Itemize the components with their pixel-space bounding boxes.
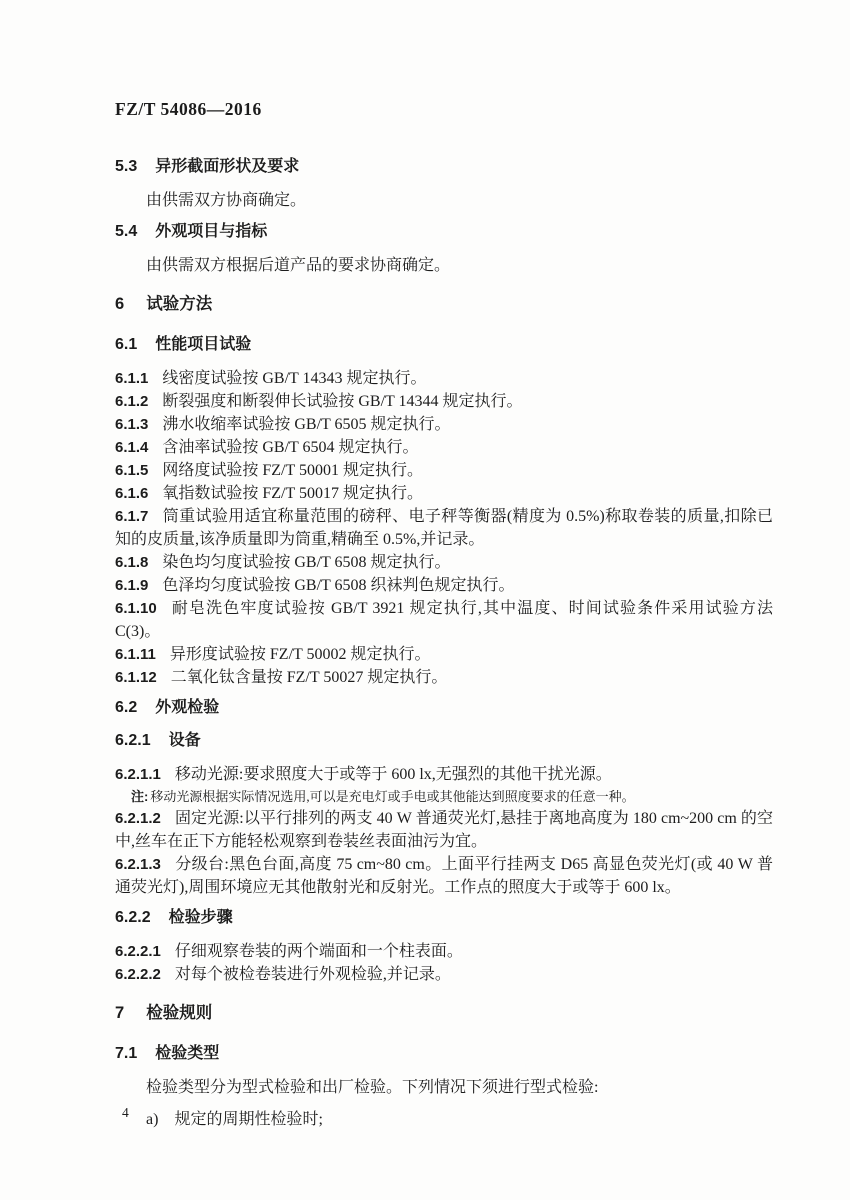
clause-6-2-2-2: 6.2.2.2对每个被检卷装进行外观检验,并记录。 (115, 963, 773, 986)
clause-text: 色泽均匀度试验按 GB/T 6508 织袜判色规定执行。 (162, 577, 514, 594)
paragraph-5-4: 由供需双方根据后道产品的要求协商确定。 (115, 254, 773, 277)
note-text: 移动光源根据实际情况选用,可以是充电灯或手电或其他能达到照度要求的任意一种。 (150, 789, 634, 804)
clause-6-1-11: 6.1.11异形度试验按 FZ/T 50002 规定执行。 (115, 643, 773, 666)
clause-number: 6.2.2.2 (115, 966, 161, 983)
clause-number: 6.1.10 (115, 600, 157, 617)
heading-5-3: 5.3异形截面形状及要求 (115, 156, 773, 178)
clause-text: 分级台:黑色台面,高度 75 cm~80 cm。上面平行挂两支 D65 高显色荧… (115, 856, 773, 896)
clause-6-1-1: 6.1.1线密度试验按 GB/T 14343 规定执行。 (115, 367, 773, 390)
heading-5-4: 5.4外观项目与指标 (115, 221, 773, 243)
clause-number: 6.1.8 (115, 554, 148, 571)
clause-6-1-2: 6.1.2断裂强度和断裂伸长试验按 GB/T 14344 规定执行。 (115, 390, 773, 413)
clause-text: 线密度试验按 GB/T 14343 规定执行。 (162, 370, 426, 387)
list-item-a: a)规定的周期性检验时; (115, 1108, 773, 1131)
clause-6-1-12: 6.1.12二氧化钛含量按 FZ/T 50027 规定执行。 (115, 666, 773, 689)
clause-number: 6.2.1.3 (115, 856, 161, 873)
heading-title: 设备 (169, 732, 201, 749)
heading-number: 6.2 (115, 699, 137, 716)
clause-text: 仔细观察卷装的两个端面和一个柱表面。 (175, 943, 463, 960)
clause-6-1-5: 6.1.5网络度试验按 FZ/T 50001 规定执行。 (115, 459, 773, 482)
paragraph-5-3: 由供需双方协商确定。 (115, 189, 773, 212)
clause-6-1-3: 6.1.3沸水收缩率试验按 GB/T 6505 规定执行。 (115, 413, 773, 436)
clause-text: 网络度试验按 FZ/T 50001 规定执行。 (162, 462, 423, 479)
clause-text: 耐皂洗色牢度试验按 GB/T 3921 规定执行,其中温度、时间试验条件采用试验… (115, 600, 773, 640)
chapter-heading-6: 6试验方法 (115, 293, 773, 316)
clause-number: 6.1.5 (115, 462, 148, 479)
page-number: 4 (122, 1104, 129, 1122)
clause-number: 6.1.1 (115, 370, 148, 387)
heading-title: 检验类型 (155, 1045, 219, 1062)
heading-number: 6 (115, 295, 124, 313)
clause-6-2-1-1: 6.2.1.1移动光源:要求照度大于或等于 600 lx,无强烈的其他干扰光源。 (115, 763, 773, 786)
clause-number: 6.1.9 (115, 577, 148, 594)
clause-6-1-10: 6.1.10耐皂洗色牢度试验按 GB/T 3921 规定执行,其中温度、时间试验… (115, 597, 773, 643)
heading-title: 性能项目试验 (155, 336, 251, 353)
heading-title: 外观项目与指标 (155, 223, 267, 240)
clause-text: 筒重试验用适宜称量范围的磅秤、电子秤等衡器(精度为 0.5%)称取卷装的质量,扣… (115, 508, 773, 548)
clause-6-1-9: 6.1.9色泽均匀度试验按 GB/T 6508 织袜判色规定执行。 (115, 574, 773, 597)
clause-text: 固定光源:以平行排列的两支 40 W 普通荧光灯,悬挂于离地高度为 180 cm… (115, 810, 773, 850)
heading-number: 5.4 (115, 223, 137, 240)
heading-number: 6.2.2 (115, 909, 151, 926)
list-marker: a) (146, 1111, 158, 1128)
heading-title: 检验规则 (146, 1004, 212, 1022)
clause-text: 染色均匀度试验按 GB/T 6508 规定执行。 (162, 554, 450, 571)
clause-text: 对每个被检卷装进行外观检验,并记录。 (175, 966, 451, 983)
heading-title: 外观检验 (155, 699, 219, 716)
clause-6-2-1-3: 6.2.1.3分级台:黑色台面,高度 75 cm~80 cm。上面平行挂两支 D… (115, 853, 773, 899)
clause-number: 6.2.1.2 (115, 810, 161, 827)
clause-6-1-7: 6.1.7筒重试验用适宜称量范围的磅秤、电子秤等衡器(精度为 0.5%)称取卷装… (115, 505, 773, 551)
heading-number: 7 (115, 1004, 124, 1022)
heading-number: 6.1 (115, 336, 137, 353)
note: 注:移动光源根据实际情况选用,可以是充电灯或手电或其他能达到照度要求的任意一种。 (115, 786, 773, 807)
note-label: 注: (131, 789, 148, 804)
clause-number: 6.2.2.1 (115, 943, 161, 960)
clause-number: 6.1.6 (115, 485, 148, 502)
clause-number: 6.1.12 (115, 669, 157, 686)
clause-number: 6.1.11 (115, 646, 156, 663)
paragraph-7-1: 检验类型分为型式检验和出厂检验。下列情况下须进行型式检验: (115, 1076, 773, 1099)
clause-text: 移动光源:要求照度大于或等于 600 lx,无强烈的其他干扰光源。 (175, 766, 612, 783)
clause-text: 含油率试验按 GB/T 6504 规定执行。 (162, 439, 418, 456)
document-content: FZ/T 54086—2016 5.3异形截面形状及要求 由供需双方协商确定。 … (115, 98, 773, 1131)
clause-number: 6.1.3 (115, 416, 148, 433)
heading-6-2-2: 6.2.2检验步骤 (115, 907, 773, 929)
clause-number: 6.1.4 (115, 439, 148, 456)
clause-6-1-4: 6.1.4含油率试验按 GB/T 6504 规定执行。 (115, 436, 773, 459)
document-page: FZ/T 54086—2016 5.3异形截面形状及要求 由供需双方协商确定。 … (0, 0, 850, 1200)
clause-6-1-8: 6.1.8染色均匀度试验按 GB/T 6508 规定执行。 (115, 551, 773, 574)
clause-number: 6.1.2 (115, 393, 148, 410)
clause-6-2-1-2: 6.2.1.2固定光源:以平行排列的两支 40 W 普通荧光灯,悬挂于离地高度为… (115, 807, 773, 853)
clause-number: 6.1.7 (115, 508, 148, 525)
clause-text: 氧指数试验按 FZ/T 50017 规定执行。 (162, 485, 423, 502)
heading-6-1: 6.1性能项目试验 (115, 334, 773, 356)
clause-text: 断裂强度和断裂伸长试验按 GB/T 14344 规定执行。 (162, 393, 522, 410)
heading-number: 6.2.1 (115, 732, 151, 749)
heading-number: 5.3 (115, 158, 137, 175)
clause-text: 沸水收缩率试验按 GB/T 6505 规定执行。 (162, 416, 450, 433)
clause-text: 二氧化钛含量按 FZ/T 50027 规定执行。 (171, 669, 448, 686)
heading-7-1: 7.1检验类型 (115, 1043, 773, 1065)
standard-number-header: FZ/T 54086—2016 (115, 98, 773, 120)
heading-6-2: 6.2外观检验 (115, 697, 773, 719)
heading-title: 异形截面形状及要求 (155, 158, 299, 175)
clause-6-2-2-1: 6.2.2.1仔细观察卷装的两个端面和一个柱表面。 (115, 940, 773, 963)
heading-6-2-1: 6.2.1设备 (115, 730, 773, 752)
clause-number: 6.2.1.1 (115, 766, 161, 783)
list-text: 规定的周期性检验时; (174, 1111, 322, 1128)
clause-text: 异形度试验按 FZ/T 50002 规定执行。 (170, 646, 431, 663)
heading-number: 7.1 (115, 1045, 137, 1062)
heading-title: 检验步骤 (169, 909, 233, 926)
clause-6-1-6: 6.1.6氧指数试验按 FZ/T 50017 规定执行。 (115, 482, 773, 505)
heading-title: 试验方法 (146, 295, 212, 313)
chapter-heading-7: 7检验规则 (115, 1002, 773, 1025)
